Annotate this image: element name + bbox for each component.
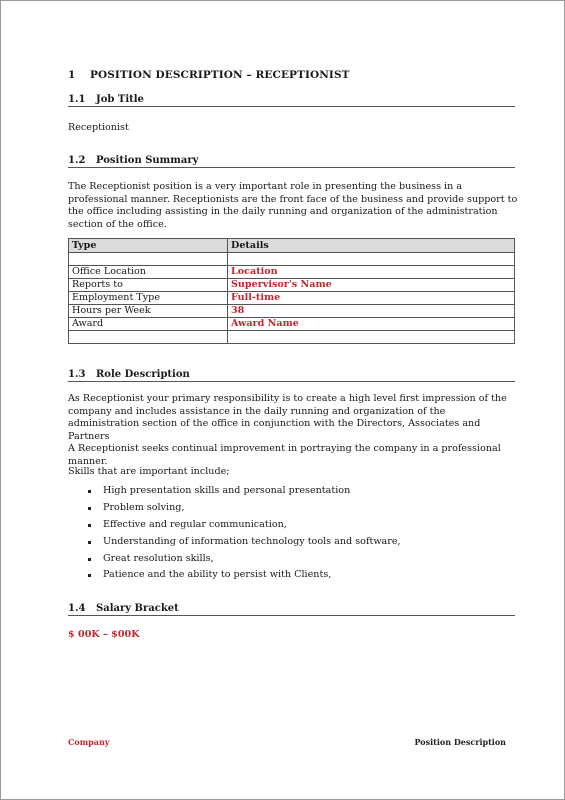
table-row: Hours per Week38 <box>69 305 515 318</box>
job-title-value: Receptionist <box>68 122 518 135</box>
table-cell-type <box>69 253 228 266</box>
section-title: Job Title <box>96 94 144 105</box>
table-header-details: Details <box>228 239 515 253</box>
list-item: Effective and regular communication, <box>68 517 401 534</box>
skill-text: Problem solving, <box>103 502 184 513</box>
table-cell-details <box>228 331 515 344</box>
table-row <box>69 331 515 344</box>
position-summary-text: The Receptionist position is a very impo… <box>68 181 518 231</box>
table-row <box>69 253 515 266</box>
section-number: 1.1 <box>68 94 96 105</box>
skill-text: Great resolution skills, <box>103 553 214 564</box>
document-page: 1POSITION DESCRIPTION – RECEPTIONIST 1.1… <box>0 0 565 800</box>
section-number: 1.4 <box>68 603 96 614</box>
section-title: Role Description <box>96 369 190 380</box>
table-cell-type <box>69 331 228 344</box>
skill-text: High presentation skills and personal pr… <box>103 485 350 496</box>
table-row: AwardAward Name <box>69 318 515 331</box>
table-cell-type: Office Location <box>69 266 228 279</box>
section-number: 1.3 <box>68 369 96 380</box>
table-cell-type: Award <box>69 318 228 331</box>
section-heading-role-description: 1.3Role Description <box>68 369 515 382</box>
table-header-type: Type <box>69 239 228 253</box>
footer-company: Company <box>68 737 109 747</box>
table-header-row: Type Details <box>69 239 515 253</box>
main-heading-number: 1 <box>68 69 90 81</box>
table-cell-details: Location <box>228 266 515 279</box>
section-title: Salary Bracket <box>96 603 179 614</box>
role-description-paragraph-1: As Receptionist your primary responsibil… <box>68 393 518 443</box>
list-item: Great resolution skills, <box>68 551 401 568</box>
table-cell-details: Supervisor's Name <box>228 279 515 292</box>
footer-document-title: Position Description <box>415 737 507 747</box>
table-row: Reports toSupervisor's Name <box>69 279 515 292</box>
role-description-paragraph-2: A Receptionist seeks continual improveme… <box>68 443 518 468</box>
skill-text: Effective and regular communication, <box>103 519 287 530</box>
section-heading-position-summary: 1.2Position Summary <box>68 155 515 168</box>
table-cell-details <box>228 253 515 266</box>
skills-intro: Skills that are important include; <box>68 466 518 479</box>
skill-text: Patience and the ability to persist with… <box>103 569 331 580</box>
skill-text: Understanding of information technology … <box>103 536 401 547</box>
square-bullet-icon <box>88 507 91 510</box>
table-cell-details: Full-time <box>228 292 515 305</box>
table-row: Office LocationLocation <box>69 266 515 279</box>
table-cell-type: Hours per Week <box>69 305 228 318</box>
table-cell-type: Reports to <box>69 279 228 292</box>
list-item: Understanding of information technology … <box>68 534 401 551</box>
position-details-table: Type Details Office LocationLocationRepo… <box>68 238 515 344</box>
list-item: Problem solving, <box>68 500 401 517</box>
square-bullet-icon <box>88 541 91 544</box>
square-bullet-icon <box>88 574 91 577</box>
list-item: High presentation skills and personal pr… <box>68 483 401 500</box>
square-bullet-icon <box>88 524 91 527</box>
square-bullet-icon <box>88 558 91 561</box>
square-bullet-icon <box>88 490 91 493</box>
table-cell-details: Award Name <box>228 318 515 331</box>
section-heading-job-title: 1.1Job Title <box>68 94 515 107</box>
table-cell-details: 38 <box>228 305 515 318</box>
section-title: Position Summary <box>96 155 198 166</box>
table-row: Employment TypeFull-time <box>69 292 515 305</box>
section-number: 1.2 <box>68 155 96 166</box>
skills-list: High presentation skills and personal pr… <box>68 483 401 584</box>
table-cell-type: Employment Type <box>69 292 228 305</box>
main-heading-title: POSITION DESCRIPTION – RECEPTIONIST <box>90 69 350 81</box>
section-heading-salary-bracket: 1.4Salary Bracket <box>68 603 515 616</box>
main-heading: 1POSITION DESCRIPTION – RECEPTIONIST <box>68 69 350 81</box>
list-item: Patience and the ability to persist with… <box>68 567 401 584</box>
salary-bracket-value: $ 00K – $00K <box>68 629 140 640</box>
